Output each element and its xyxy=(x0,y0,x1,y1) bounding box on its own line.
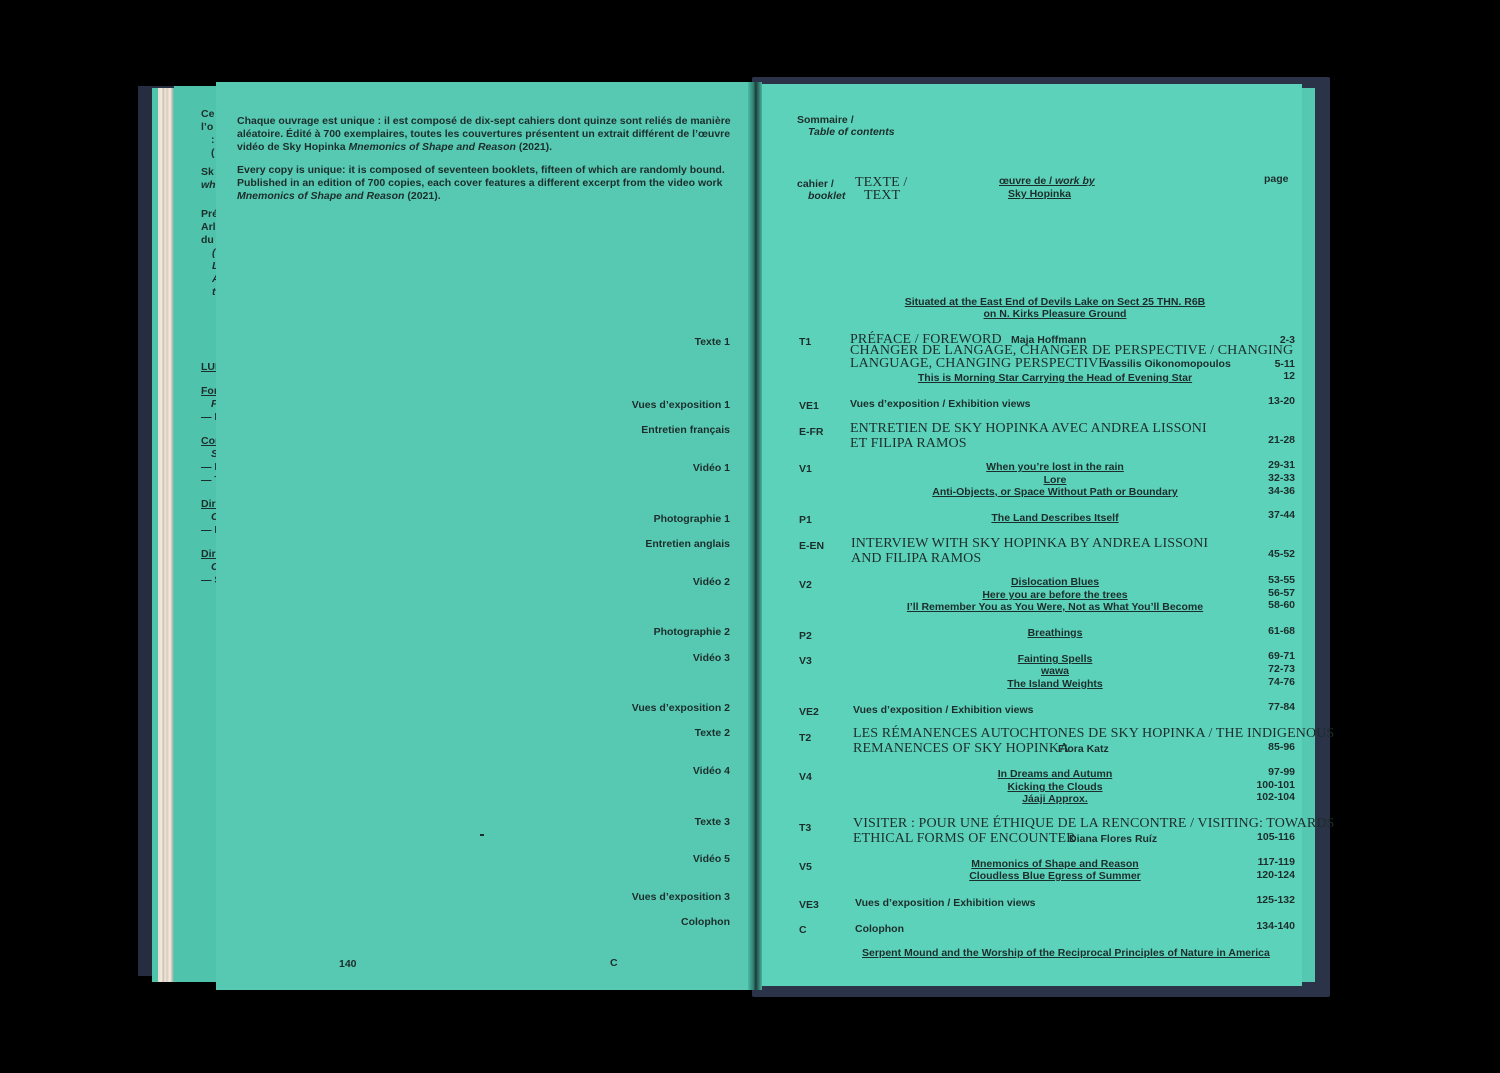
fragment: Cl xyxy=(201,561,217,574)
toc-title: Vues d’exposition / Exhibition views xyxy=(853,704,1033,717)
booklet-section-label: Vidéo 3 xyxy=(693,652,730,664)
toc-pages: 125-132 xyxy=(1256,894,1295,906)
fragment: Arl xyxy=(201,221,217,234)
toc-work: I’ll Remember You as You Were, Not as Wh… xyxy=(850,601,1260,613)
underlying-page-fragment: Ce l’o : ( xyxy=(201,108,217,160)
booklet-section-label: Vidéo 2 xyxy=(693,576,730,588)
toc-work: Kicking the Clouds xyxy=(850,781,1260,793)
booklet-section-label: Texte 2 xyxy=(695,727,730,739)
fragment: — T xyxy=(201,474,217,487)
toc-pages: 53-55 xyxy=(1268,574,1295,586)
toc-pages: 34-36 xyxy=(1268,485,1295,497)
booklet-section-label: Vidéo 5 xyxy=(693,853,730,865)
toc-pages: 61-68 xyxy=(1268,625,1295,637)
toc-work: Breathings xyxy=(850,627,1260,639)
toc-title: VISITER : POUR UNE ÉTHIQUE DE LA RENCONT… xyxy=(853,816,1334,831)
column-booklet-en: booklet xyxy=(808,190,845,203)
toc-code-v2: V2 xyxy=(799,579,812,591)
underlying-page-fragment: Pré Arl du ( L A t xyxy=(201,208,217,299)
fragment: — M xyxy=(201,524,217,537)
fragment: LUI xyxy=(201,361,217,374)
work-title: Mnemonics of Shape and Reason xyxy=(237,190,404,202)
toc-work: Dislocation Blues xyxy=(850,576,1260,588)
toc-pages: 58-60 xyxy=(1268,599,1295,611)
intro-text: Every copy is unique: it is composed of … xyxy=(237,164,725,189)
fragment: : xyxy=(201,134,217,147)
toc-code-v1: V1 xyxy=(799,463,812,475)
booklet-section-label: Vues d’exposition 1 xyxy=(632,399,730,411)
toc-title: Vues d’exposition / Exhibition views xyxy=(850,398,1030,411)
toc-work: The Land Describes Itself xyxy=(850,512,1260,524)
column-work-fr: œuvre de / work by xyxy=(999,175,1095,188)
toc-work: Here you are before the trees xyxy=(850,589,1260,601)
booklet-section-label: Vidéo 1 xyxy=(693,462,730,474)
toc-title: LES RÉMANENCES AUTOCHTONES DE SKY HOPINK… xyxy=(853,726,1334,741)
underlying-page-fragment: Fon F — M xyxy=(201,385,217,424)
toc-pages: 100-101 xyxy=(1256,779,1295,791)
intro-english: Every copy is unique: it is composed of … xyxy=(237,164,737,203)
toc-pages: 56-57 xyxy=(1268,587,1295,599)
booklet-section-label: Vues d’exposition 3 xyxy=(632,891,730,903)
toc-pages: 77-84 xyxy=(1268,701,1295,713)
right-page xyxy=(762,84,1302,986)
toc-code-v4: V4 xyxy=(799,771,812,783)
column-work-artist: Sky Hopinka xyxy=(1008,188,1071,201)
toc-title: ET FILIPA RAMOS xyxy=(850,436,967,451)
booklet-section-label: Photographie 1 xyxy=(654,513,730,525)
fragment: A xyxy=(201,273,217,286)
toc-title: LANGUAGE, CHANGING PERSPECTIVE xyxy=(850,356,1107,371)
toc-heading-en: Table of contents xyxy=(808,126,895,139)
fragment: Ce xyxy=(201,108,217,121)
fragment: Con xyxy=(201,435,217,448)
toc-pages: 69-71 xyxy=(1268,650,1295,662)
underlying-page-fragment: Dire Cl — S xyxy=(201,548,217,587)
fragment: t xyxy=(201,286,217,299)
toc-code-v5: V5 xyxy=(799,861,812,873)
toc-work: Fainting Spells xyxy=(850,653,1260,665)
fragment: C xyxy=(201,511,217,524)
closing-work: Serpent Mound and the Worship of the Rec… xyxy=(862,947,1270,960)
toc-author: Vassilis Oikonomopoulos xyxy=(1103,358,1231,371)
toc-code-p1: P1 xyxy=(799,514,812,526)
toc-pages: 29-31 xyxy=(1268,459,1295,471)
toc-title: Vues d’exposition / Exhibition views xyxy=(855,897,1035,910)
fragment: — M xyxy=(201,411,217,424)
toc-code-efr: E-FR xyxy=(799,426,824,438)
underlying-page-fragment: Dire C — M xyxy=(201,498,217,537)
toc-title: INTERVIEW WITH SKY HOPINKA BY ANDREA LIS… xyxy=(851,536,1208,551)
toc-work: When you’re lost in the rain xyxy=(850,461,1260,473)
underlying-page-fragment: Con S — H — T xyxy=(201,435,217,487)
work-label-en: work by xyxy=(1055,175,1095,187)
toc-work: This is Morning Star Carrying the Head o… xyxy=(850,372,1260,384)
toc-code-ve3: VE3 xyxy=(799,899,819,911)
toc-title: AND FILIPA RAMOS xyxy=(851,551,981,566)
toc-title: ETHICAL FORMS OF ENCOUNTER xyxy=(853,831,1076,846)
booklet-marker: C xyxy=(610,957,618,970)
toc-work: Lore xyxy=(850,474,1260,486)
fragment: Dire xyxy=(201,548,217,561)
fragment: l’o xyxy=(201,121,217,134)
toc-code-t2: T2 xyxy=(799,732,811,744)
page-number: 140 xyxy=(339,958,357,971)
toc-pages: 13-20 xyxy=(1268,395,1295,407)
fragment: Dire xyxy=(201,498,217,511)
intro-french: Chaque ouvrage est unique : il est compo… xyxy=(237,115,737,154)
booklet-section-label: Entretien français xyxy=(641,424,730,436)
colophon-intro: Chaque ouvrage est unique : il est compo… xyxy=(237,115,737,213)
fragment: Fon xyxy=(201,385,217,398)
toc-code-ve2: VE2 xyxy=(799,706,819,718)
fragment: — H xyxy=(201,461,217,474)
toc-pages: 45-52 xyxy=(1268,548,1295,560)
fragment: — S xyxy=(201,574,217,587)
toc-pages: 97-99 xyxy=(1268,766,1295,778)
toc-code-ve1: VE1 xyxy=(799,400,819,412)
fragment: du xyxy=(201,234,217,247)
work-label-fr: œuvre de / xyxy=(999,175,1055,187)
toc-pages: 117-119 xyxy=(1258,856,1295,868)
booklet-section-label: Texte 1 xyxy=(695,336,730,348)
toc-code-t3: T3 xyxy=(799,822,811,834)
left-page xyxy=(216,82,750,990)
fragment: Sk xyxy=(201,166,217,179)
column-page: page xyxy=(1264,173,1289,186)
year: (2021). xyxy=(404,190,440,202)
opening-work-line1: Situated at the East End of Devils Lake … xyxy=(850,296,1260,308)
fragment: ( xyxy=(201,247,217,260)
toc-code-een: E-EN xyxy=(799,540,824,552)
toc-pages: 134-140 xyxy=(1256,920,1295,932)
toc-pages: 72-73 xyxy=(1268,663,1295,675)
toc-pages: 120-124 xyxy=(1256,869,1295,881)
toc-title: REMANENCES OF SKY HOPINKA xyxy=(853,741,1069,756)
fragment: F xyxy=(201,398,217,411)
toc-pages: 102-104 xyxy=(1256,791,1295,803)
fragment: S xyxy=(201,448,217,461)
speck xyxy=(480,834,484,836)
fragment: L xyxy=(201,260,217,273)
fragment: wh xyxy=(201,179,217,192)
year: (2021). xyxy=(516,141,552,153)
work-title: Mnemonics of Shape and Reason xyxy=(348,141,515,153)
toc-pages: 105-116 xyxy=(1257,831,1295,843)
underlying-page-right xyxy=(1300,88,1315,982)
toc-work: Mnemonics of Shape and Reason xyxy=(850,858,1260,870)
toc-pages: 12 xyxy=(1283,370,1295,382)
booklet-section-label: Colophon xyxy=(681,916,730,928)
booklet-section-label: Vidéo 4 xyxy=(693,765,730,777)
toc-title: Colophon xyxy=(855,923,904,936)
column-text-en: TEXT xyxy=(864,188,900,203)
underlying-page-fragment: Sk wh xyxy=(201,166,217,192)
toc-work: In Dreams and Autumn xyxy=(850,768,1260,780)
gutter xyxy=(748,82,762,990)
toc-author: Diana Flores Ruíz xyxy=(1069,833,1157,846)
toc-work: Anti-Objects, or Space Without Path or B… xyxy=(850,486,1260,498)
toc-work: Jáaji Approx. xyxy=(850,793,1260,805)
booklet-section-label: Photographie 2 xyxy=(654,626,730,638)
fragment: ( xyxy=(201,147,217,160)
opening-work-line2: on N. Kirks Pleasure Ground xyxy=(850,308,1260,320)
toc-pages: 5-11 xyxy=(1275,358,1295,370)
toc-author: Flora Katz xyxy=(1058,743,1109,756)
toc-code-t1: T1 xyxy=(799,336,811,348)
booklet-section-label: Vues d’exposition 2 xyxy=(632,702,730,714)
booklet-section-label: Texte 3 xyxy=(695,816,730,828)
toc-pages: 37-44 xyxy=(1268,509,1295,521)
toc-work: wawa xyxy=(850,665,1260,677)
fragment: Pré xyxy=(201,208,217,221)
toc-title: ENTRETIEN DE SKY HOPINKA AVEC ANDREA LIS… xyxy=(850,421,1207,436)
booklet-section-label: Entretien anglais xyxy=(645,538,730,550)
toc-work: The Island Weights xyxy=(850,678,1260,690)
toc-pages: 21-28 xyxy=(1268,434,1295,446)
toc-pages: 32-33 xyxy=(1268,472,1295,484)
toc-pages: 74-76 xyxy=(1268,676,1295,688)
toc-pages: 85-96 xyxy=(1268,741,1295,753)
toc-code-v3: V3 xyxy=(799,655,812,667)
toc-work: Cloudless Blue Egress of Summer xyxy=(850,870,1260,882)
toc-code-c: C xyxy=(799,924,807,936)
toc-code-p2: P2 xyxy=(799,630,812,642)
